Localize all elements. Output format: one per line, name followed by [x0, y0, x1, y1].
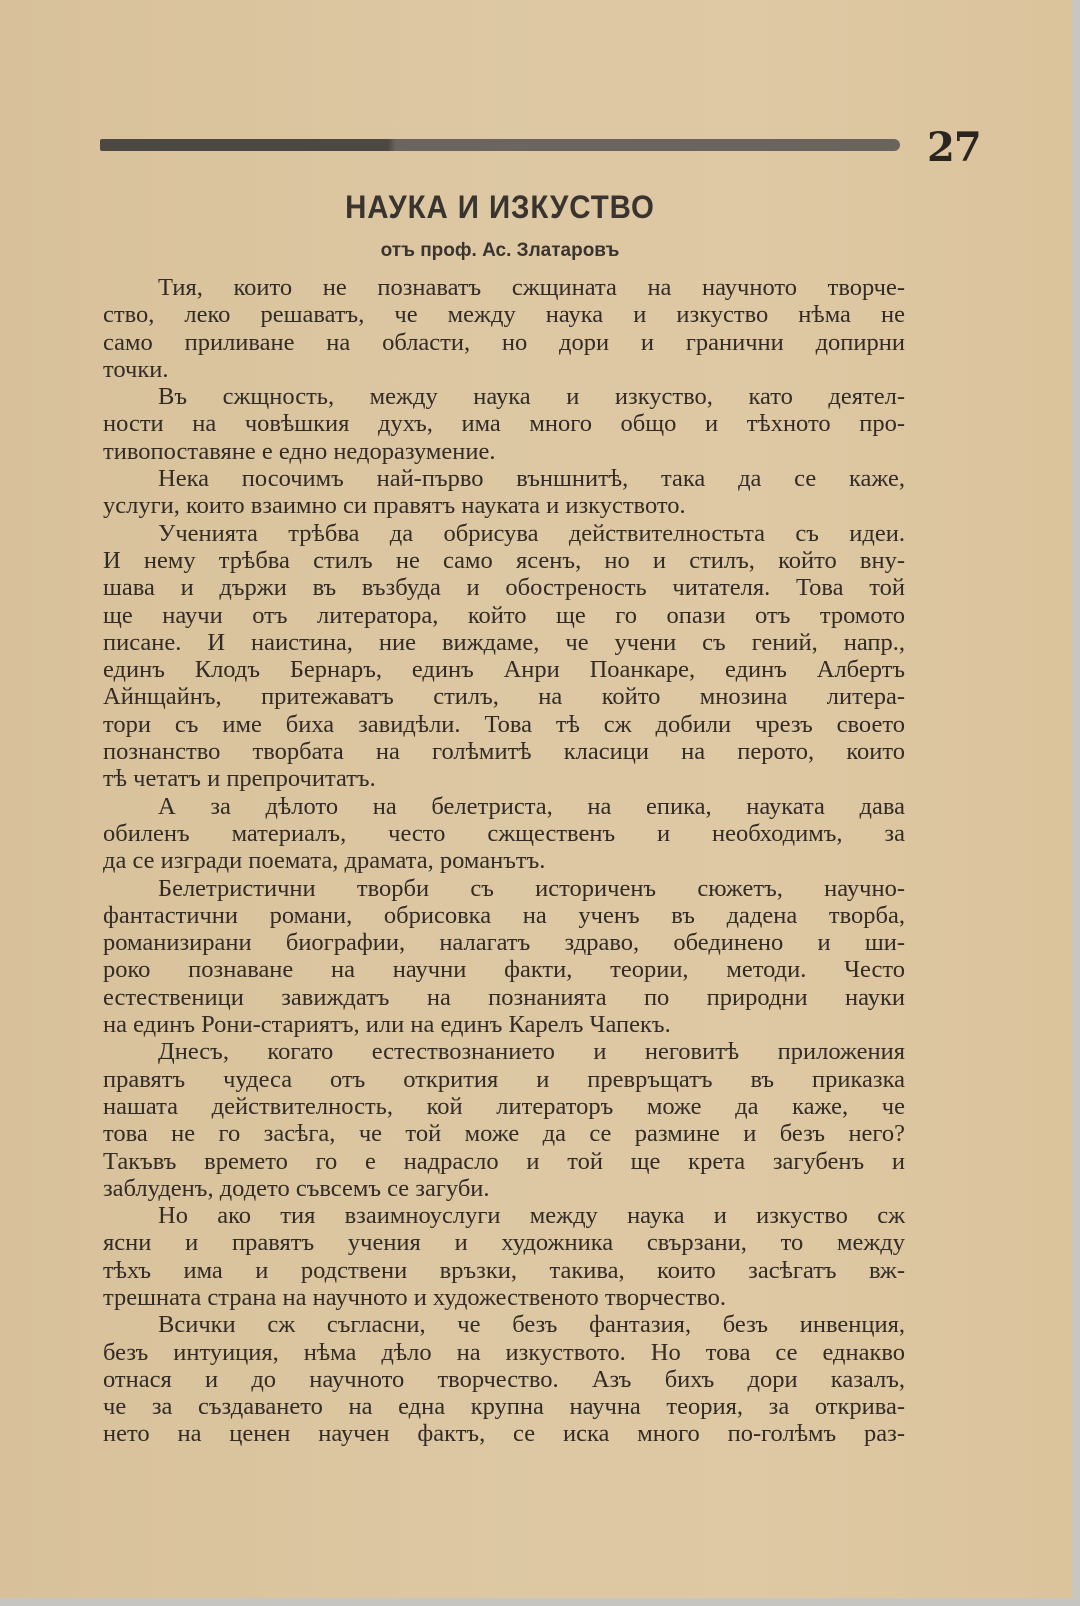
article-title: НАУКА И ИЗКУСТВО: [40, 189, 960, 226]
scan-edge-bottom: [0, 1598, 1080, 1606]
text-line: фантастични романи, обрисовка на ученъ в…: [103, 902, 905, 929]
scan-edge-right: [1072, 0, 1080, 1606]
text-line: романизирани биографии, налагатъ здраво,…: [103, 929, 905, 956]
text-line: Айнщайнъ, притежаватъ стилъ, на който мн…: [103, 683, 905, 710]
text-line: ности на човѣшкия духъ, има много общо и…: [103, 410, 905, 437]
text-line: Но ако тия взаимноуслуги между наука и и…: [103, 1202, 905, 1229]
article-body: Тия, които не познаватъ сжщината на науч…: [103, 274, 905, 1448]
text-line: писане. И наистина, ние виждаме, че учен…: [103, 629, 905, 656]
text-line: естественици завиждатъ на познанията по …: [103, 984, 905, 1011]
text-line: шава и държи въ възбуда и обостреность ч…: [103, 574, 905, 601]
text-line: Такъвъ времето го е надрасло и той ще кр…: [103, 1148, 905, 1175]
text-line: Ученията трѣбва да обрисува действително…: [103, 520, 905, 547]
text-line: Белетристични творби съ историченъ сюжет…: [103, 875, 905, 902]
text-line: А за дѣлото на белетриста, на епика, нау…: [103, 793, 905, 820]
text-line: ясни и правятъ учения и художника свърза…: [103, 1229, 905, 1256]
text-line: това не го засѣга, че той може да се раз…: [103, 1120, 905, 1147]
text-line: на единъ Рони-стариятъ, или на единъ Кар…: [103, 1011, 905, 1038]
text-line: нето на ценен научен фактъ, се иска мног…: [103, 1420, 905, 1447]
text-line: тѣхъ има и родствени връзки, такива, кои…: [103, 1257, 905, 1284]
book-page: 27 НАУКА И ИЗКУСТВО отъ проф. Ас. Златар…: [0, 0, 1072, 1598]
text-line: ство, леко решаватъ, че между наука и из…: [103, 301, 905, 328]
text-line: отнася и до научното творчество. Азъ бих…: [103, 1366, 905, 1393]
text-line: че за създаването на една крупна научна …: [103, 1393, 905, 1420]
text-line: точки.: [103, 356, 905, 383]
text-line: само приливане на области, но дори и гра…: [103, 329, 905, 356]
text-line: Въ сжщность, между наука и изкуство, кат…: [103, 383, 905, 410]
text-line: роко познаване на научни факти, теории, …: [103, 956, 905, 983]
text-line: Тия, които не познаватъ сжщината на науч…: [103, 274, 905, 301]
header-rule: [100, 139, 900, 151]
text-line: трешната страна на научното и художестве…: [103, 1284, 905, 1311]
text-line: заблуденъ, додето съвсемъ се загуби.: [103, 1175, 905, 1202]
text-line: Днесъ, когато естествознанието и неговит…: [103, 1038, 905, 1065]
text-line: услуги, които взаимно си правятъ науката…: [103, 492, 905, 519]
text-line: тори съ име биха завидѣли. Това тѣ сж до…: [103, 711, 905, 738]
text-line: тѣ четатъ и препрочитатъ.: [103, 765, 905, 792]
text-line: нашата действителность, кой литераторъ м…: [103, 1093, 905, 1120]
text-line: безъ интуиция, нѣма дѣло на изкуството. …: [103, 1339, 905, 1366]
text-line: познанство творбата на голѣмитѣ класици …: [103, 738, 905, 765]
text-line: ще научи отъ литератора, който ще го опа…: [103, 602, 905, 629]
text-line: единъ Клодъ Бернаръ, единъ Анри Поанкаре…: [103, 656, 905, 683]
text-line: И нему трѣбва стилъ не само ясенъ, но и …: [103, 547, 905, 574]
text-line: Нека посочимъ най-първо външнитѣ, така д…: [103, 465, 905, 492]
page-number: 27: [927, 124, 981, 171]
text-line: Всички сж съгласни, че безъ фантазия, бе…: [103, 1311, 905, 1338]
text-line: правятъ чудеса отъ открития и превръщатъ…: [103, 1066, 905, 1093]
text-line: тивопоставяне е едно недоразумение.: [103, 438, 905, 465]
text-line: обиленъ материалъ, често сжщественъ и не…: [103, 820, 905, 847]
article-byline: отъ проф. Ас. Златаровъ: [0, 240, 1000, 262]
text-line: да се изгради поемата, драмата, романътъ…: [103, 847, 905, 874]
